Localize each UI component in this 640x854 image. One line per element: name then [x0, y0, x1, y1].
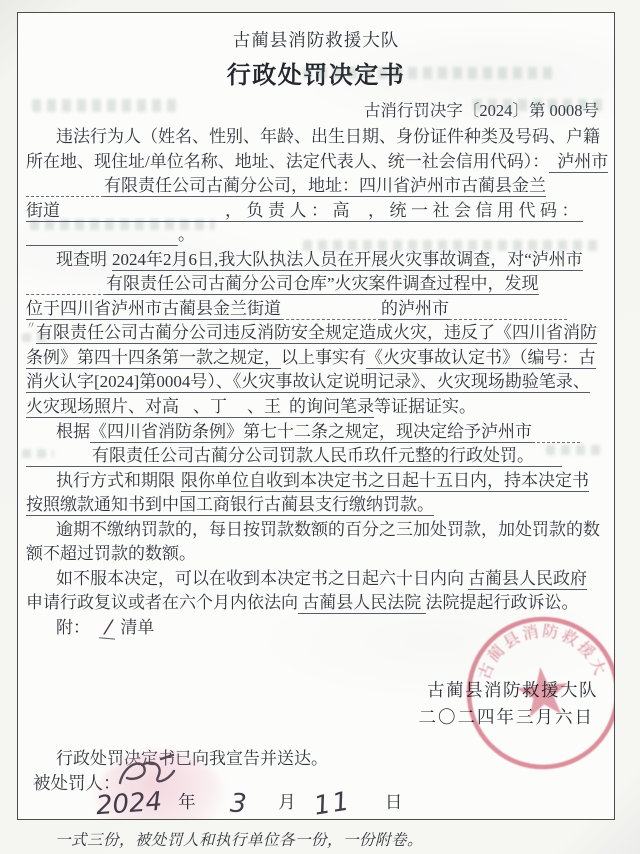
body-line: 有限责任公司古蔺分公司罚款人民币玖仟元整的行政处罚。 [26, 445, 610, 470]
seal-arc-text: 古蔺县消防救援大队 [451, 601, 611, 695]
blank-field [60, 200, 225, 222]
text-segment: 《四川省消防条例》第七十二条之规定，现决定给予泸州市 [90, 421, 532, 443]
text-segment: 泸州市 [557, 151, 608, 173]
text-segment: 申请行政复议或者在六个月内依法向 [26, 592, 298, 613]
text-segment: ，负责人：高 [225, 200, 354, 222]
body-line: 额不超过罚款的数额。 [26, 543, 610, 568]
text-segment: 清单 [120, 617, 154, 638]
text-segment: 逾期不缴纳罚款的，每日按罚款数额的百分之三加处罚款，加处罚款的数 [56, 519, 600, 540]
body-line: 现查明2024年2月6日,我大队执法人员在开展火灾事故调查，对“泸州市 [26, 249, 610, 274]
text-segment: 古蔺县人民政府 [468, 568, 587, 590]
blank-field [449, 298, 567, 320]
text-segment: 现查明 [56, 249, 107, 270]
body-line: 有限责任公司古蔺分公司，地址：四川省泸州市古蔺县金兰 [26, 175, 610, 200]
bleed-through-mark [473, 99, 603, 111]
text-segment: 火灾现场照片、对高 [26, 396, 179, 418]
text-segment: 、丁 [193, 396, 227, 418]
text-segment: 的询问笔录 [289, 396, 374, 418]
body-line: 。 [26, 224, 610, 249]
body-line: 位于四川省泸州市古蔺县金兰街道的泸州市 [26, 298, 610, 323]
text-segment: 条例》第四十四条第一款之规定， [26, 347, 281, 369]
document-body: 违法行为人（姓名、性别、年龄、出生日期、身份证件种类及号码、户籍所在地、现住址/… [26, 126, 610, 641]
text-segment: 有限责任公司古蔺分公司仓库”火灾案件调查过程中，发现 [106, 273, 539, 295]
bleed-through-mark [32, 99, 177, 112]
body-line: 〃有限责任公司古蔺分公司违反消防安全规定造成火灾，违反了《四川省消防 [26, 322, 610, 347]
body-line: 消火认字[2024]第0004号）、《火灾事故认定说明记录》、火灾现场勘验笔录、 [26, 371, 610, 396]
text-segment: 2024年2月6日,我大队执法人员在开展火灾事故调查，对“泸州市 [112, 249, 583, 271]
text-segment: 按照缴款通知书到中国工商银行古蔺县支行缴纳罚款。 [26, 494, 434, 516]
blank-field [281, 298, 381, 320]
seal-star-icon [515, 664, 571, 718]
text-segment: 有限责任公司古蔺分公司，地址：四川省泸州市古蔺县金兰 [104, 175, 546, 197]
text-segment: 附： [56, 617, 90, 638]
body-line: 如不服本决定，可以在收到本决定书之日起六十日内向古蔺县人民政府 [26, 568, 610, 593]
body-line: 按照缴款通知书到中国工商银行古蔺县支行缴纳罚款。 [26, 494, 610, 519]
official-seal: 古蔺县消防救援大队 [451, 601, 615, 786]
text-segment: 的泸州市 [381, 298, 449, 320]
body-line: 街道，负责人：高，统一社会信用代码： [26, 200, 610, 225]
text-segment: 额不超过罚款的数额。 [26, 543, 196, 564]
handwritten-date-row: 2024 年 3 月 11 日 [96, 789, 402, 819]
text-segment: 根据 [56, 421, 90, 442]
scanned-document-canvas: { "page": { "agency_header": "古蔺县消防救援大队"… [0, 0, 640, 854]
document-page: 古蔺县消防救援大队 行政处罚决定书 古消行罚决字〔2024〕第 0008号 违法… [17, 12, 615, 820]
body-line: 所在地、现住址/单位名称、地址、法定代表人、统一社会信用代码）：泸州市 [26, 151, 610, 176]
body-line: 条例》第四十四条第一款之规定，以上事实有《火灾事故认定书》（编号：古 [26, 347, 610, 372]
blank-field [549, 151, 557, 173]
agency-header: 古蔺县消防救援大队 [18, 27, 614, 52]
text-segment: 位于四川省泸州市古蔺县金兰街道 [26, 298, 281, 320]
text-segment: ，统一社会信用代码： [368, 200, 583, 222]
blank-field [26, 273, 106, 295]
text-segment: 有限责任公司古蔺分公司罚款人民币玖仟元整的行政处罚。 [92, 445, 534, 467]
text-segment: 消火认字[2024]第0004号）、《火灾事故认定说明记录》、火灾现场勘验笔录、 [26, 371, 590, 393]
bleed-through-mark [303, 67, 558, 79]
year-label: 年 [178, 789, 196, 814]
blank-field [227, 396, 247, 418]
text-segment: 《火灾事故认定书》（编号：古 [366, 347, 596, 369]
blank-field [534, 445, 562, 467]
text-segment: 。 [178, 224, 195, 245]
text-segment: 执行方式和期限 [56, 470, 175, 491]
body-line: 根据《四川省消防条例》第七十二条之规定，现决定给予泸州市 [26, 421, 610, 446]
month-label: 月 [278, 789, 296, 814]
text-segment: 有限责任公司古蔺分公司违反消防安全规定造成火灾，违反了《四川省消防 [36, 322, 597, 344]
day-label: 日 [385, 789, 403, 814]
body-line: 火灾现场照片、对高、丁、王的询问笔录等证据证实。 [26, 396, 610, 421]
text-segment: 、王 [247, 396, 281, 418]
text-segment: 〃 [26, 322, 36, 332]
handwritten-year: 2024 [95, 787, 163, 820]
handwritten-day: 11 [312, 786, 353, 820]
text-segment: 等证据证实。 [374, 396, 476, 417]
blank-field [281, 396, 289, 418]
blank-field [354, 200, 368, 222]
handwritten-month: 3 [229, 789, 247, 820]
text-segment: 古蔺县人民法院 [298, 592, 426, 614]
blank-field [26, 445, 92, 467]
text-segment: 以上事实有 [281, 347, 366, 368]
text-segment: 所在地、现住址/单位名称、地址、法定代表人、统一社会信用代码）： [26, 151, 549, 172]
body-line: 有限责任公司古蔺分公司仓库”火灾案件调查过程中，发现 [26, 273, 610, 298]
body-line: 违法行为人（姓名、性别、年龄、出生日期、身份证件种类及号码、户籍 [26, 126, 610, 151]
copies-note: 一式三份，被处罚人和执行单位各一份，一份附卷。 [55, 828, 423, 850]
text-segment: 如不服本决定，可以在收到本决定书之日起六十日内向 [56, 568, 464, 589]
text-segment: / [99, 617, 117, 640]
text-segment: 限你单位自收到本决定书之日起十五日内，持本决定书 [181, 470, 589, 492]
text-segment: 街道 [26, 200, 60, 222]
body-line: 执行方式和期限限你单位自收到本决定书之日起十五日内，持本决定书 [26, 470, 610, 495]
text-segment: 违法行为人（姓名、性别、年龄、出生日期、身份证件种类及号码、户籍 [56, 126, 600, 147]
blank-field [26, 224, 178, 246]
blank-field [26, 175, 104, 197]
blank-field [532, 421, 580, 443]
blank-field [179, 396, 193, 418]
body-line: 逾期不缴纳罚款的，每日按罚款数额的百分之三加处罚款，加处罚款的数 [26, 519, 610, 544]
